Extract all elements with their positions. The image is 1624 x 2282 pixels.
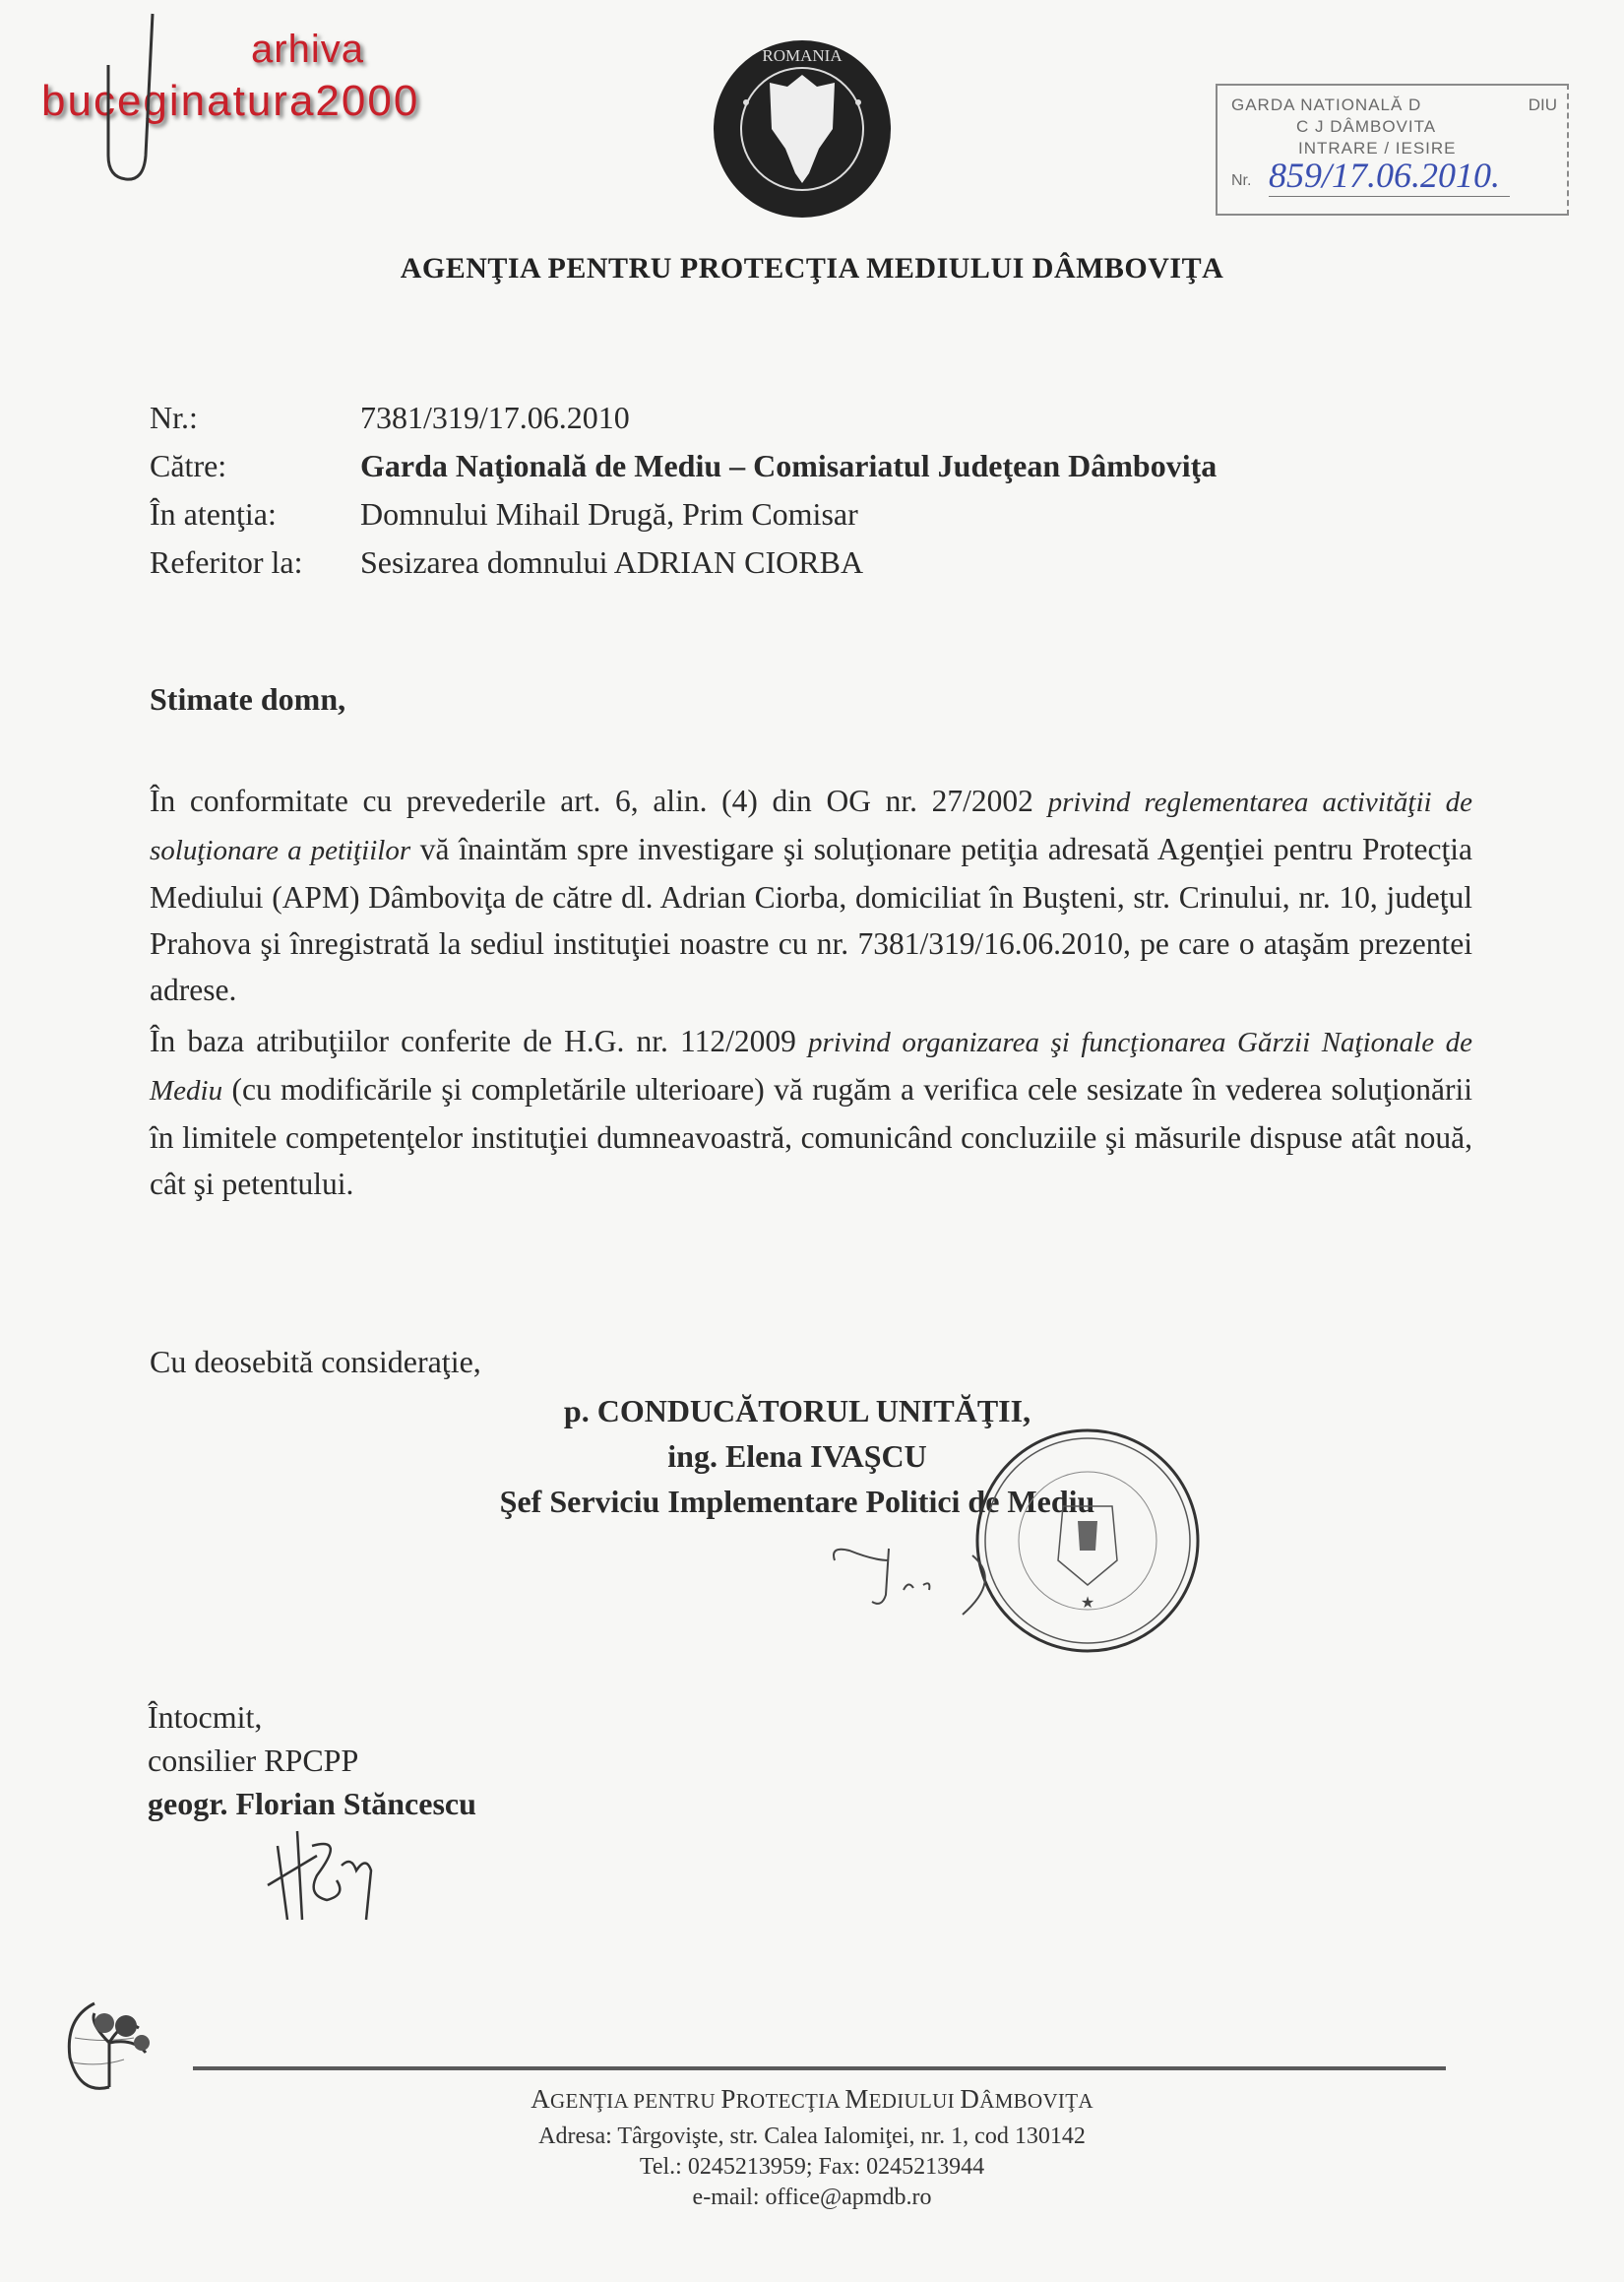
- stamp-nr-label: Nr.: [1231, 172, 1251, 190]
- closing-formula: Cu deosebită consideraţie,: [150, 1344, 481, 1380]
- agency-tree-logo-icon: [65, 1998, 183, 2097]
- footer-phone: Tel.: 0245213959; Fax: 0245213944: [0, 2154, 1624, 2181]
- ministry-emblem-icon: ROMANIA: [709, 35, 896, 222]
- prepared-by-block: Întocmit, consilier RPCPP geogr. Florian…: [148, 1695, 476, 1825]
- watermark-line-1: arhiva: [251, 28, 364, 72]
- paragraph-2: În baza atribuţiilor conferite de H.G. n…: [150, 1018, 1472, 1207]
- meta-value: Domnului Mihail Drugă, Prim Comisar: [360, 490, 858, 539]
- meta-label: Către:: [150, 442, 360, 490]
- meta-value: Garda Naţională de Mediu – Comisariatul …: [360, 442, 1217, 490]
- svg-text:★: ★: [1081, 1595, 1094, 1612]
- prepared-by-label: Întocmit,: [148, 1695, 476, 1739]
- meta-label: Nr.:: [150, 394, 360, 442]
- paragraph-1-text-a: În conformitate cu prevederile art. 6, a…: [150, 784, 1048, 818]
- letter-meta: Nr.:7381/319/17.06.2010Către:Garda Naţio…: [150, 394, 1217, 587]
- footer-divider: [193, 2066, 1446, 2070]
- stamp-line-1-tail: DIU: [1529, 95, 1557, 115]
- preparer-position: consilier RPCPP: [148, 1739, 476, 1782]
- meta-row: Referitor la:Sesizarea domnului ADRIAN C…: [150, 539, 1217, 587]
- meta-row: Către:Garda Naţională de Mediu – Comisar…: [150, 442, 1217, 490]
- meta-label: În atenţia:: [150, 490, 360, 539]
- footer-agency-name: AGENŢIA PENTRU PROTECŢIA MEDIULUI DÂMBOV…: [0, 2084, 1624, 2115]
- preparer-signature-icon: [258, 1826, 415, 1925]
- preparer-name: geogr. Florian Stăncescu: [148, 1782, 476, 1825]
- paperclip-icon: [98, 8, 177, 185]
- stamp-nr-value: 859/17.06.2010.: [1269, 155, 1510, 197]
- greeting: Stimate domn,: [150, 681, 345, 718]
- stamp-line-1: GARDA NATIONALĂ D: [1231, 95, 1421, 115]
- meta-value: Sesizarea domnului ADRIAN CIORBA: [360, 539, 863, 587]
- stamp-line-2: C J DÂMBOVITA: [1296, 117, 1436, 137]
- footer-address: Adresa: Târgovişte, str. Calea Ialomiţei…: [0, 2124, 1624, 2150]
- director-signature-icon: [825, 1541, 1022, 1619]
- agency-title: AGENŢIA PENTRU PROTECŢIA MEDIULUI DÂMBOV…: [0, 252, 1624, 285]
- emblem-top-text: ROMANIA: [762, 46, 843, 65]
- meta-row: În atenţia:Domnului Mihail Drugă, Prim C…: [150, 490, 1217, 539]
- meta-row: Nr.:7381/319/17.06.2010: [150, 394, 1217, 442]
- paragraph-1: În conformitate cu prevederile art. 6, a…: [150, 778, 1472, 1013]
- registration-stamp: GARDA NATIONALĂ D DIU C J DÂMBOVITA INTR…: [1216, 84, 1569, 216]
- meta-value: 7381/319/17.06.2010: [360, 394, 630, 442]
- footer-email: e-mail: office@apmdb.ro: [0, 2185, 1624, 2211]
- paragraph-2-text-a: În baza atribuţiilor conferite de H.G. n…: [150, 1024, 808, 1058]
- paragraph-2-text-b: (cu modificările şi completările ulterio…: [150, 1072, 1472, 1201]
- meta-label: Referitor la:: [150, 539, 360, 587]
